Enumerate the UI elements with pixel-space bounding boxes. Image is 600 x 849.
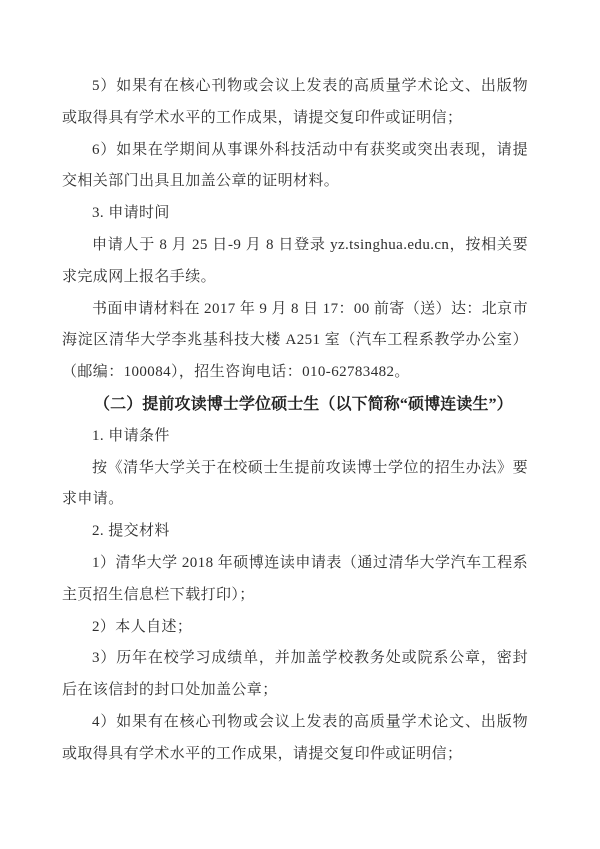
document-body: 5）如果有在核心刊物或会议上发表的高质量学术论文、出版物或取得具有学术水平的工作…	[62, 71, 528, 771]
section-heading-successive-masters-doctoral: （二）提前攻读博士学位硕士生（以下简称“硕博连读生”）	[62, 389, 528, 421]
section-heading-application-conditions: 1. 申请条件	[62, 421, 528, 453]
list-item-2: 2）本人自述；	[62, 612, 528, 644]
paragraph-online-registration: 申请人于 8 月 25 日-9 月 8 日登录 yz.tsinghua.edu.…	[62, 230, 528, 294]
paragraph-mailing-address: 书面申请材料在 2017 年 9 月 8 日 17：00 前寄（送）达：北京市海…	[62, 294, 528, 389]
list-item-5: 5）如果有在核心刊物或会议上发表的高质量学术论文、出版物或取得具有学术水平的工作…	[62, 71, 528, 135]
list-item-6: 6）如果在学期间从事课外科技活动中有获奖或突出表现，请提交相关部门出具且加盖公章…	[62, 135, 528, 199]
document-page: 5）如果有在核心刊物或会议上发表的高质量学术论文、出版物或取得具有学术水平的工作…	[0, 0, 600, 849]
list-item-1: 1）清华大学 2018 年硕博连读申请表（通过清华大学汽车工程系主页招生信息栏下…	[62, 548, 528, 612]
section-heading-application-time: 3. 申请时间	[62, 198, 528, 230]
section-heading-submission-materials: 2. 提交材料	[62, 516, 528, 548]
list-item-3: 3）历年在校学习成绩单，并加盖学校教务处或院系公章，密封后在该信封的封口处加盖公…	[62, 643, 528, 707]
list-item-4: 4）如果有在核心刊物或会议上发表的高质量学术论文、出版物或取得具有学术水平的工作…	[62, 707, 528, 771]
paragraph-application-requirements: 按《清华大学关于在校硕士生提前攻读博士学位的招生办法》要求申请。	[62, 453, 528, 517]
